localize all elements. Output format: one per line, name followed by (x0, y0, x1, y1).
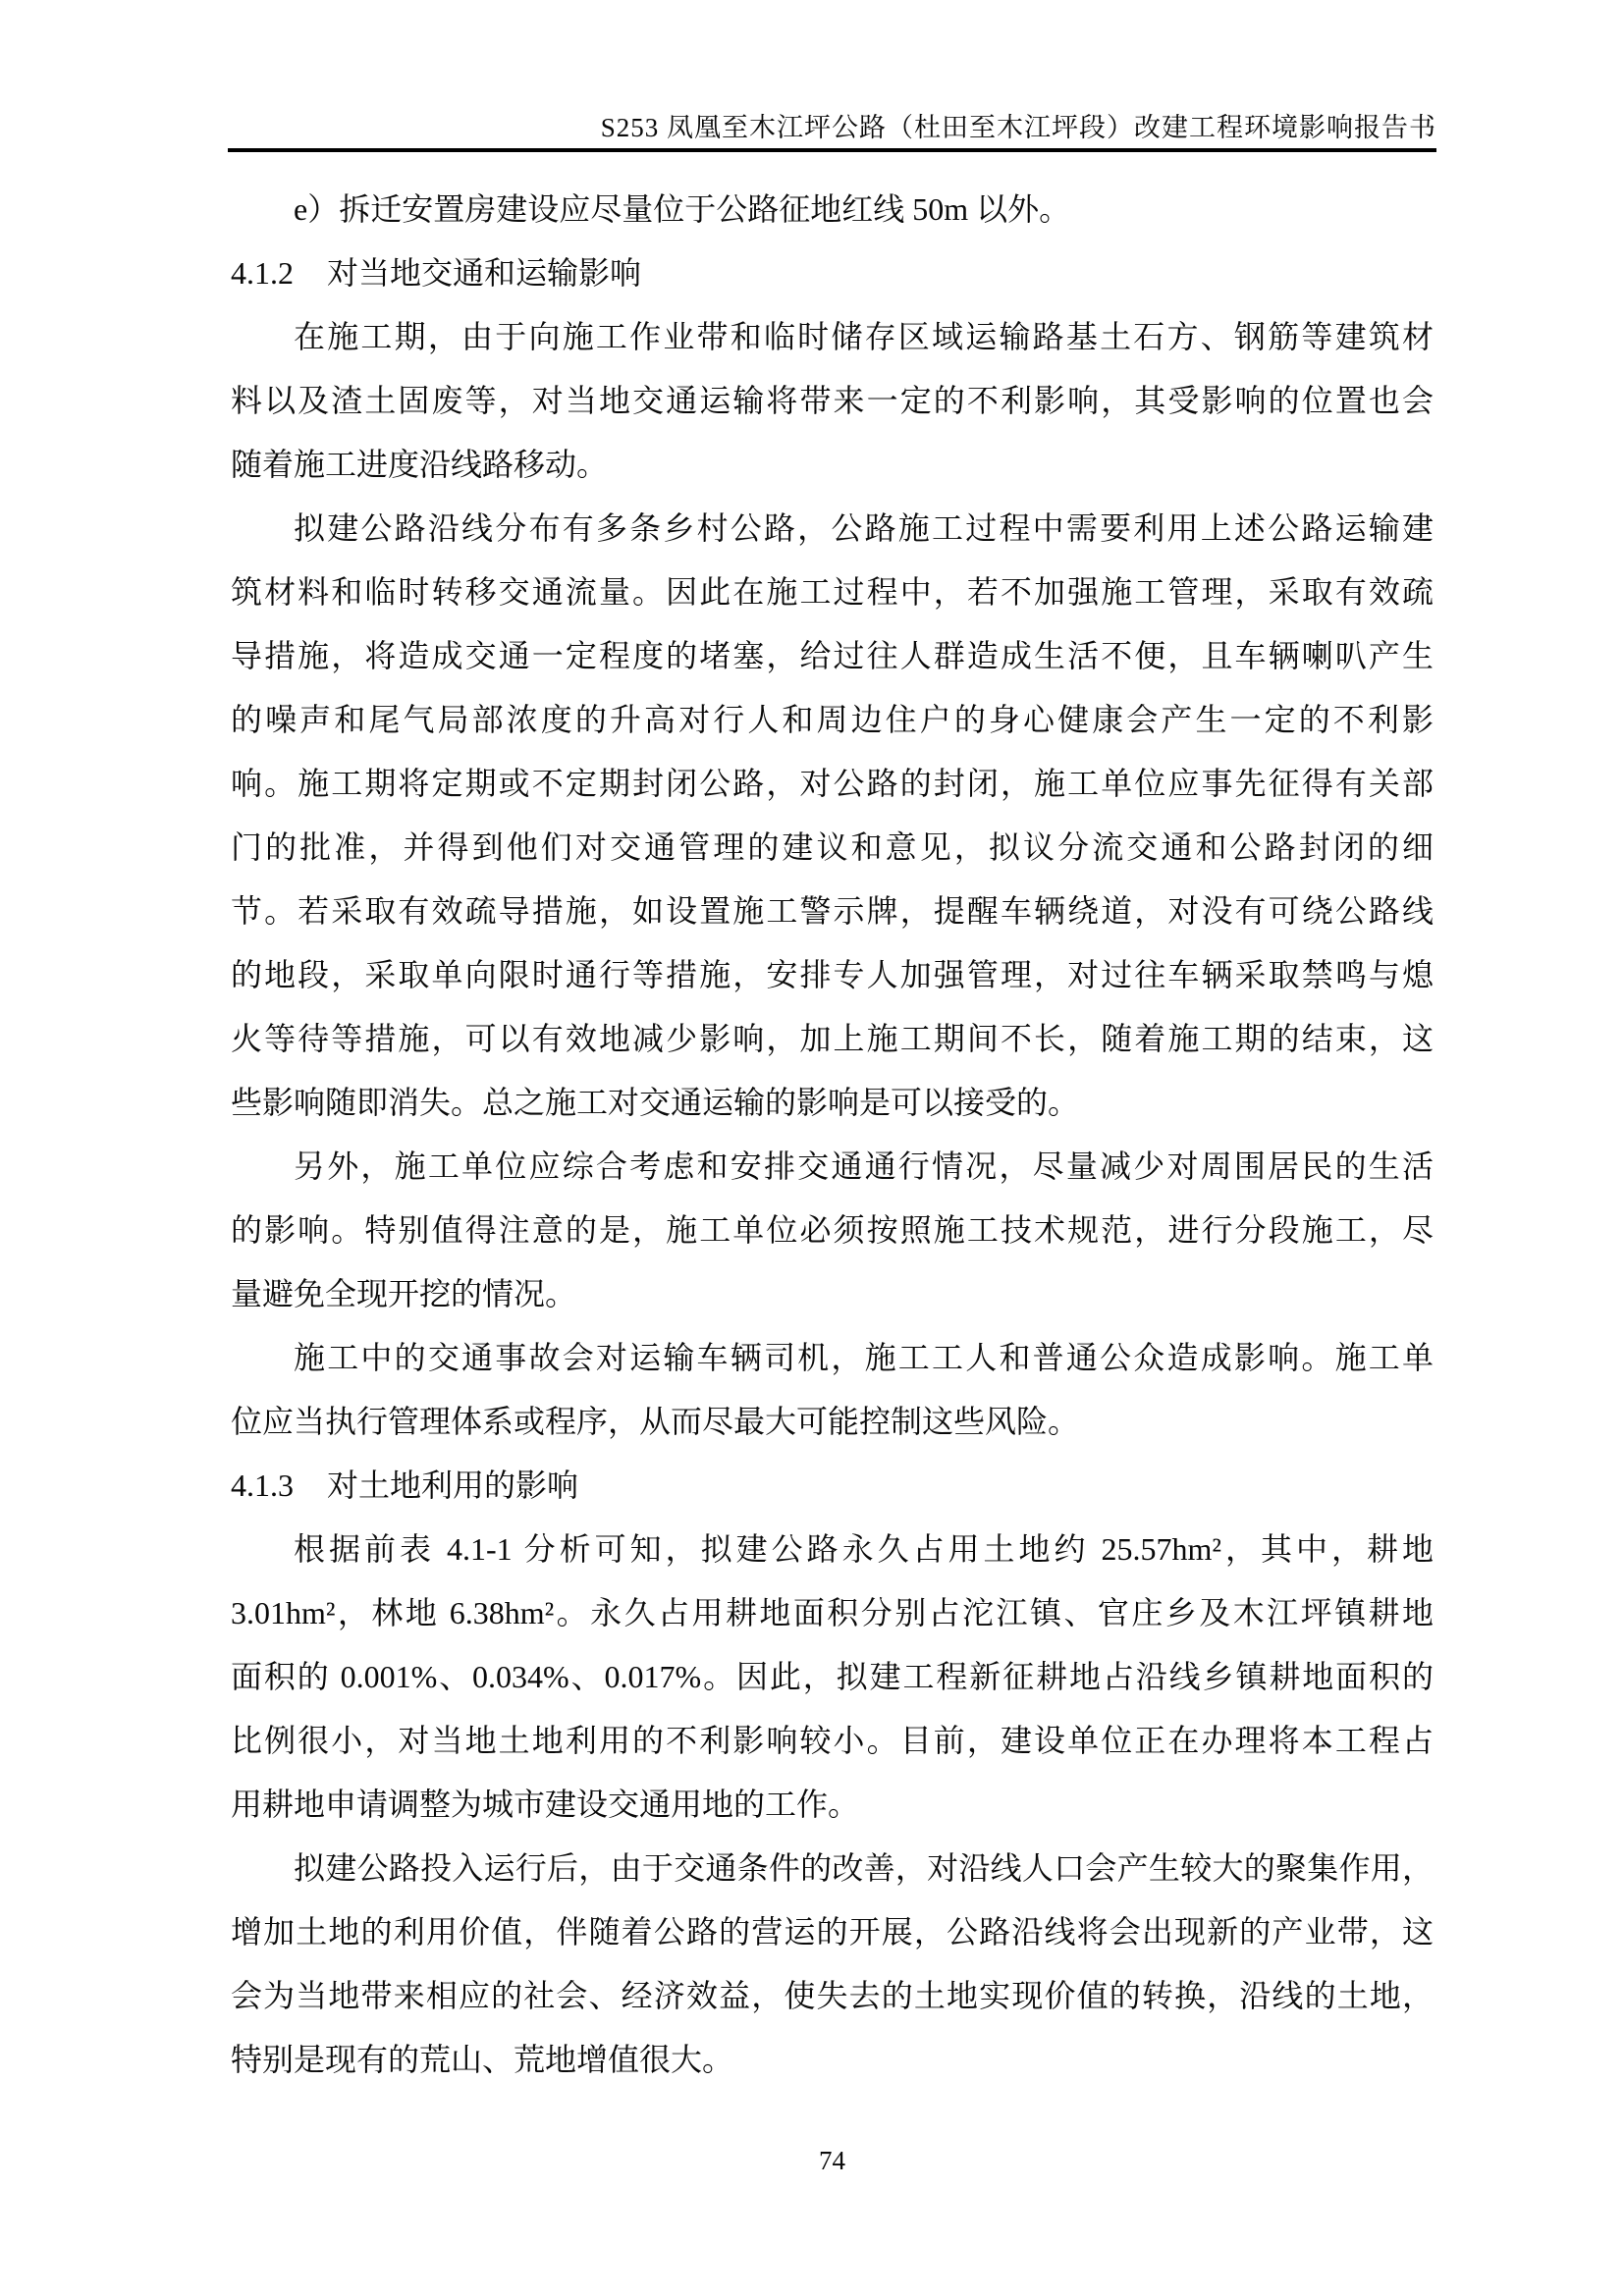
section-number: 4.1.2 (231, 241, 294, 305)
paragraph-line: 些影响随即消失。总之施工对交通运输的影响是可以接受的。 (231, 1071, 1434, 1135)
paragraph-line: 位应当执行管理体系或程序，从而尽最大可能控制这些风险。 (231, 1390, 1434, 1454)
paragraph-line: 面积的 0.001%、0.034%、0.017%。因此，拟建工程新征耕地占沿线乡… (231, 1645, 1434, 1709)
paragraph-line: 节。若采取有效疏导措施，如设置施工警示牌，提醒车辆绕道，对没有可绕公路线 (231, 880, 1434, 943)
section-title: 对土地利用的影响 (327, 1468, 578, 1503)
section-heading-4-1-2: 4.1.2对当地交通和运输影响 (231, 241, 1434, 305)
page-number: 74 (231, 2143, 1434, 2178)
list-item-e: e）拆迁安置房建设应尽量位于公路征地红线 50m 以外。 (231, 178, 1434, 241)
paragraph-line: 火等待等措施，可以有效地减少影响，加上施工期间不长，随着施工期的结束，这 (231, 1007, 1434, 1071)
paragraph-line: 筑材料和临时转移交通流量。因此在施工过程中，若不加强施工管理，采取有效疏 (231, 561, 1434, 624)
page-header-title: S253 凤凰至木江坪公路（杜田至木江坪段）改建工程环境影响报告书 (228, 110, 1436, 145)
paragraph-line: 的地段，采取单向限时通行等措施，安排专人加强管理，对过往车辆采取禁鸣与熄 (231, 943, 1434, 1007)
paragraph-line: 特别是现有的荒山、荒地增值很大。 (231, 2028, 1434, 2092)
paragraph-line: 会为当地带来相应的社会、经济效益，使失去的土地实现价值的转换，沿线的土地， (231, 1964, 1434, 2028)
paragraph-line: 拟建公路沿线分布有多条乡村公路，公路施工过程中需要利用上述公路运输建 (231, 497, 1434, 561)
paragraph-line: 的噪声和尾气局部浓度的升高对行人和周边住户的身心健康会产生一定的不利影 (231, 688, 1434, 752)
header-rule (228, 148, 1436, 152)
paragraph-line: 料以及渣土固废等，对当地交通运输将带来一定的不利影响，其受影响的位置也会 (231, 369, 1434, 433)
paragraph-line: 量避免全现开挖的情况。 (231, 1262, 1434, 1326)
paragraph-line: 门的批准，并得到他们对交通管理的建议和意见，拟议分流交通和公路封闭的细 (231, 816, 1434, 880)
paragraph-line: 响。施工期将定期或不定期封闭公路，对公路的封闭，施工单位应事先征得有关部 (231, 752, 1434, 816)
section-title: 对当地交通和运输影响 (327, 255, 641, 291)
paragraph-line: 在施工期，由于向施工作业带和临时储存区域运输路基土石方、钢筋等建筑材 (231, 305, 1434, 369)
section-heading-4-1-3: 4.1.3对土地利用的影响 (231, 1454, 1434, 1518)
paragraph-line: 拟建公路投入运行后，由于交通条件的改善，对沿线人口会产生较大的聚集作用， (231, 1837, 1434, 1900)
section-number: 4.1.3 (231, 1454, 294, 1518)
paragraph-line: 根据前表 4.1-1 分析可知，拟建公路永久占用土地约 25.57hm²，其中，… (231, 1518, 1434, 1581)
paragraph-line: 比例很小，对当地土地利用的不利影响较小。目前，建设单位正在办理将本工程占 (231, 1709, 1434, 1773)
paragraph-line: 3.01hm²，林地 6.38hm²。永久占用耕地面积分别占沱江镇、官庄乡及木江… (231, 1581, 1434, 1645)
document-body: e）拆迁安置房建设应尽量位于公路征地红线 50m 以外。 4.1.2对当地交通和… (231, 178, 1434, 2092)
paragraph-line: 用耕地申请调整为城市建设交通用地的工作。 (231, 1773, 1434, 1837)
paragraph-line: 的影响。特别值得注意的是，施工单位必须按照施工技术规范，进行分段施工，尽 (231, 1199, 1434, 1262)
paragraph-line: 导措施，将造成交通一定程度的堵塞，给过往人群造成生活不便，且车辆喇叭产生 (231, 624, 1434, 688)
document-page: S253 凤凰至木江坪公路（杜田至木江坪段）改建工程环境影响报告书 e）拆迁安置… (0, 0, 1624, 2296)
paragraph-line: 施工中的交通事故会对运输车辆司机，施工工人和普通公众造成影响。施工单 (231, 1326, 1434, 1390)
paragraph-line: 增加土地的利用价值，伴随着公路的营运的开展，公路沿线将会出现新的产业带，这 (231, 1900, 1434, 1964)
paragraph-line: 另外，施工单位应综合考虑和安排交通通行情况，尽量减少对周围居民的生活 (231, 1135, 1434, 1199)
paragraph-line: 随着施工进度沿线路移动。 (231, 433, 1434, 497)
